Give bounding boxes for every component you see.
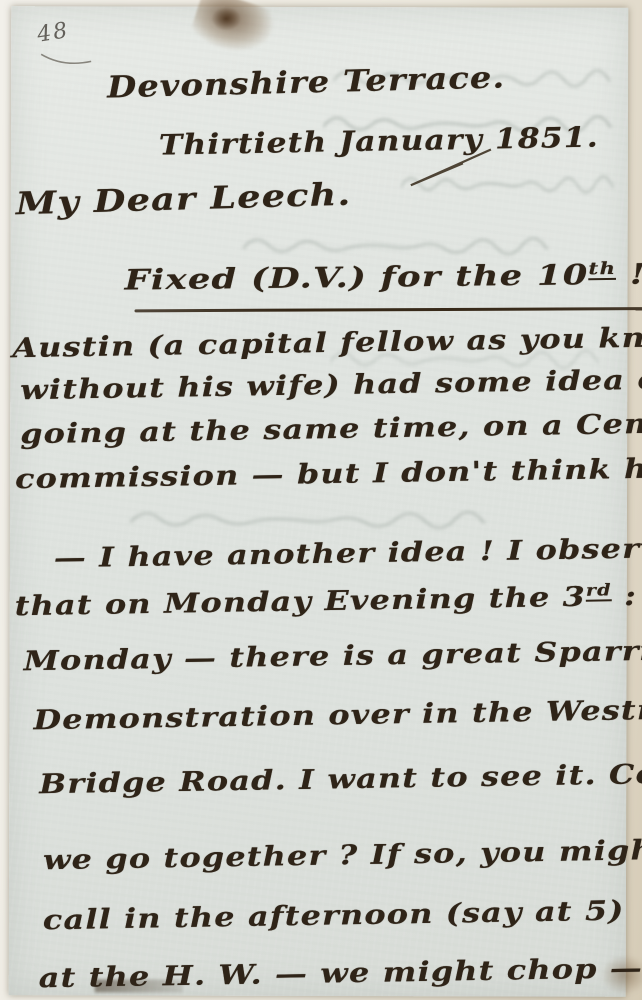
text-segment: !! <box>616 257 642 291</box>
ghost-writing-showthrough <box>243 235 573 260</box>
catalog-number-pencil: 48 <box>35 18 70 48</box>
ink-stain-core <box>211 7 241 31</box>
letter-page: 48 Devonshire Terrace. Thirtieth January… <box>9 6 629 997</box>
body-line: Bridge Road. I want to see it. Could <box>39 758 642 800</box>
body-line: we go together ? If so, you might <box>43 835 642 876</box>
text-segment: : next <box>612 579 642 612</box>
body-line: Austin (a capital fellow as you know, <box>12 322 642 365</box>
body-line: Demonstration over in the Westminster <box>33 693 642 736</box>
salutation-line: My Dear Leech. <box>15 177 351 223</box>
headline-underline <box>134 307 642 312</box>
text-segment: that on Monday Evening the 3 <box>14 582 586 622</box>
pen-flourish <box>399 145 495 189</box>
headline-line: Fixed (D.V.) for the 10th !! <box>124 257 642 296</box>
body-line: call in the afternoon (say at 5) <box>43 896 625 937</box>
ordinal-superscript: rd <box>586 580 612 601</box>
pencil-underline-flourish <box>39 50 93 66</box>
scanned-letter-screenshot: { "letter": { "pencil_number": "48", "ad… <box>0 0 642 1000</box>
ordinal-superscript: th <box>588 258 616 280</box>
body-line: that on Monday Evening the 3rd : next <box>14 579 642 622</box>
body-line: without his wife) had some idea of <box>20 364 642 406</box>
address-line: Devonshire Terrace. <box>107 60 506 105</box>
date-line: Thirtieth January 1851. <box>159 121 599 162</box>
ghost-writing-showthrough <box>130 509 514 534</box>
body-line: at the H. W. — we might chop — and <box>38 952 642 994</box>
text-segment: Fixed (D.V.) for the 10 <box>124 258 588 296</box>
body-line: going at the same time, on a Cemetery <box>20 407 642 450</box>
body-line: — I have another idea ! I observe <box>54 533 642 574</box>
body-line: commission — but I don't think he will. <box>15 452 642 495</box>
body-line: Monday — there is a great Sparring <box>23 635 642 677</box>
